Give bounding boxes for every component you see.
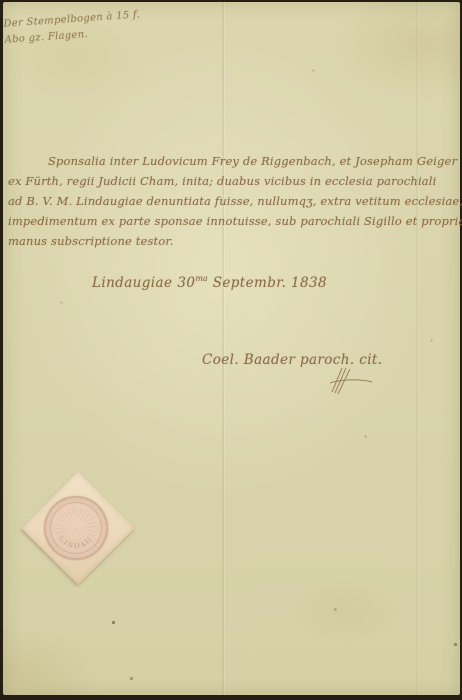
- signature-flourish: [328, 366, 374, 396]
- paper-sheet: [3, 2, 460, 695]
- body-paragraph: Sponsalia inter Ludovicum Frey de Riggen…: [8, 151, 456, 251]
- body-line: Sponsalia inter Ludovicum Frey de Riggen…: [8, 151, 456, 171]
- body-line: ex Fürth, regii Judicii Cham, inita; dua…: [8, 171, 456, 191]
- dateline: Lindaugiae30maSeptembr. 1838: [92, 274, 327, 291]
- seal-ring: LINDAU: [44, 496, 108, 560]
- vertical-fold-crease-right: [416, 2, 419, 695]
- vertical-fold-crease: [222, 2, 225, 695]
- dateline-ordinal: ma: [195, 274, 207, 283]
- dateline-rest: Septembr. 1838: [213, 275, 327, 291]
- dateline-day: 30: [177, 275, 195, 291]
- paper-specks: [3, 2, 4, 3]
- document-scan: Der Stempelbogen à 15 f. Abo gz. Flagen.…: [0, 0, 462, 700]
- seal-ring-text: LINDAU: [57, 535, 94, 550]
- body-line: impedimentum ex parte sponsae innotuisse…: [8, 211, 456, 231]
- body-line: ad B. V. M. Lindaugiae denuntiata fuisse…: [8, 191, 456, 211]
- body-line: manus subscriptione testor.: [8, 231, 456, 251]
- dateline-place: Lindaugiae: [92, 275, 172, 291]
